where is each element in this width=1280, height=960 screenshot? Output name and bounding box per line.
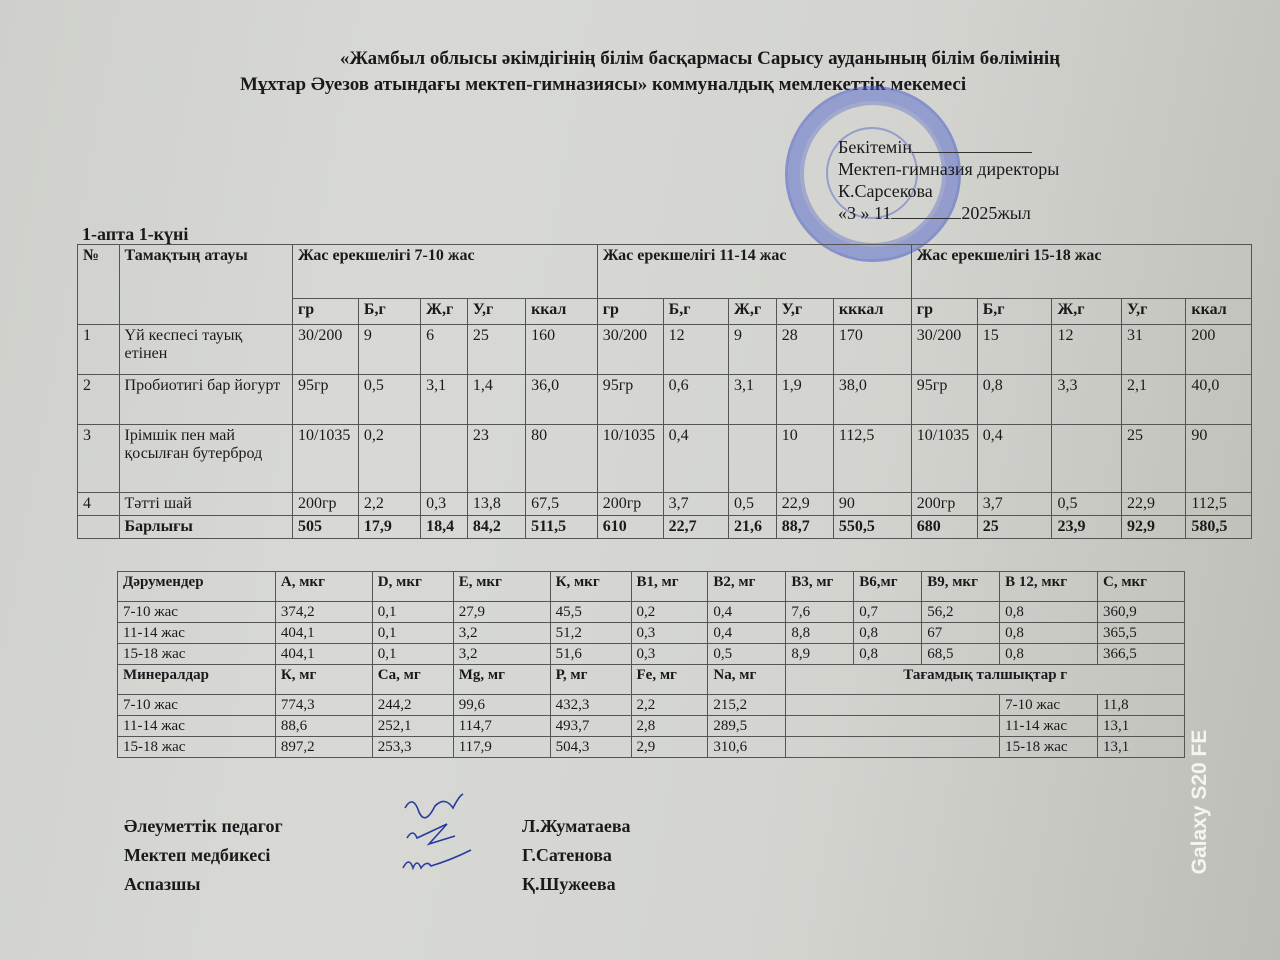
mineral-cell: 2,2 — [631, 695, 708, 716]
value-cell: 31 — [1122, 325, 1186, 375]
vitamin-cell: 3,2 — [453, 623, 550, 644]
value-cell: 3,1 — [729, 375, 777, 425]
header-line-1: «Жамбыл облысы әкімдігінің білім басқарм… — [230, 46, 1130, 72]
row-number: 1 — [78, 325, 120, 375]
vitamin-row: 7-10 жас374,20,127,945,50,20,47,60,756,2… — [118, 602, 1185, 623]
vitamin-cell: 51,6 — [550, 644, 631, 665]
value-cell: 1,9 — [776, 375, 833, 425]
vitamin-row: 15-18 жас404,10,13,251,60,30,58,90,868,5… — [118, 644, 1185, 665]
fiber-header: Тағамдық талшықтар г — [786, 665, 1185, 695]
value-cell: 28 — [776, 325, 833, 375]
mineral-cell: 11-14 жас — [118, 716, 276, 737]
col-subheader: ккал — [526, 299, 598, 325]
value-cell: 12 — [1052, 325, 1122, 375]
mineral-cell: 289,5 — [708, 716, 786, 737]
value-cell: 30/200 — [911, 325, 977, 375]
mineral-cell: 2,9 — [631, 737, 708, 758]
approval-position: Мектеп-гимназия директоры — [838, 158, 1059, 180]
vitamin-header: D, мкг — [372, 572, 453, 602]
value-cell: 200гр — [911, 493, 977, 516]
mineral-cell: 252,1 — [372, 716, 453, 737]
value-cell: 1,4 — [467, 375, 525, 425]
vitamin-header: Е, мкг — [453, 572, 550, 602]
vitamin-cell: 360,9 — [1097, 602, 1184, 623]
mineral-cell: 114,7 — [453, 716, 550, 737]
vitamin-cell: 7,6 — [786, 602, 854, 623]
value-cell: 2,1 — [1122, 375, 1186, 425]
fiber-age: 15-18 жас — [1000, 737, 1098, 758]
vitamin-row: 11-14 жас404,10,13,251,20,30,48,80,8670,… — [118, 623, 1185, 644]
value-cell: 23 — [467, 425, 525, 493]
vitamin-cell: 0,8 — [1000, 644, 1098, 665]
value-cell: 25 — [1122, 425, 1186, 493]
value-cell: 95гр — [292, 375, 358, 425]
total-value: 17,9 — [358, 516, 420, 539]
mineral-header: Са, мг — [372, 665, 453, 695]
mineral-cell: 7-10 жас — [118, 695, 276, 716]
signature-row: Мектеп медбикесіГ.Сатенова — [124, 841, 664, 870]
value-cell: 200гр — [597, 493, 663, 516]
total-value: 21,6 — [729, 516, 777, 539]
value-cell: 0,2 — [358, 425, 420, 493]
mineral-cell: 88,6 — [275, 716, 372, 737]
mineral-header: Fe, мг — [631, 665, 708, 695]
approval-date: «3 » 11 — [838, 203, 891, 223]
vitamin-cell: 11-14 жас — [118, 623, 276, 644]
value-cell: 3,3 — [1052, 375, 1122, 425]
mineral-row: 15-18 жас897,2253,3117,9504,32,9310,615-… — [118, 737, 1185, 758]
vitamin-cell: 7-10 жас — [118, 602, 276, 623]
vitamin-cell: 0,8 — [854, 644, 922, 665]
vitamin-header: А, мкг — [275, 572, 372, 602]
total-label: Барлығы — [119, 516, 292, 539]
value-cell: 9 — [729, 325, 777, 375]
value-cell: 95гр — [911, 375, 977, 425]
age-group-header: Жас ерекшелігі 11-14 жас — [597, 245, 911, 299]
vitamin-header: С, мкг — [1097, 572, 1184, 602]
empty-cell — [78, 516, 120, 539]
value-cell: 90 — [1186, 425, 1252, 493]
mineral-cell: 215,2 — [708, 695, 786, 716]
col-subheader: Б,г — [358, 299, 420, 325]
col-subheader: У,г — [776, 299, 833, 325]
header-line-2: Мұхтар Әуезов атындағы мектеп-гимназиясы… — [230, 72, 1130, 98]
approval-block: Бекітемін Мектеп-гимназия директоры К.Са… — [838, 136, 1059, 224]
col-subheader: Б,г — [663, 299, 728, 325]
value-cell: 3,7 — [663, 493, 728, 516]
approval-label: Бекітемін — [838, 137, 912, 157]
vitamin-header: В2, мг — [708, 572, 786, 602]
total-value: 580,5 — [1186, 516, 1252, 539]
col-subheader: ккал — [1186, 299, 1252, 325]
mineral-cell: 244,2 — [372, 695, 453, 716]
vitamin-cell: 374,2 — [275, 602, 372, 623]
vitamin-cell: 51,2 — [550, 623, 631, 644]
mineral-cell: 2,8 — [631, 716, 708, 737]
signer-role: Әлеуметтік педагог — [124, 812, 283, 841]
col-subheader: У,г — [1122, 299, 1186, 325]
mineral-row: 7-10 жас774,3244,299,6432,32,2215,27-10 … — [118, 695, 1185, 716]
value-cell: 112,5 — [833, 425, 911, 493]
dish-name: Пробиотигі бар йогурт — [119, 375, 292, 425]
value-cell: 10 — [776, 425, 833, 493]
value-cell: 67,5 — [526, 493, 598, 516]
document-header: «Жамбыл облысы әкімдігінің білім басқарм… — [230, 46, 1130, 98]
total-value: 505 — [292, 516, 358, 539]
director-signature-icon — [912, 138, 1032, 153]
table-row: 1Үй кеспесі тауық етінен30/200962516030/… — [78, 325, 1252, 375]
vitamin-header: В1, мг — [631, 572, 708, 602]
col-subheader: Ж,г — [1052, 299, 1122, 325]
value-cell: 90 — [833, 493, 911, 516]
value-cell: 0,4 — [977, 425, 1052, 493]
total-row: Барлығы50517,918,484,2511,561022,721,688… — [78, 516, 1252, 539]
vitamin-cell: 67 — [922, 623, 1000, 644]
vitamin-cell: 404,1 — [275, 644, 372, 665]
signature-row: Әлеуметтік педагогЛ.Жуматаева — [124, 812, 664, 841]
value-cell: 22,9 — [1122, 493, 1186, 516]
vitamin-cell: 8,8 — [786, 623, 854, 644]
total-value: 550,5 — [833, 516, 911, 539]
value-cell: 38,0 — [833, 375, 911, 425]
mineral-cell: 897,2 — [275, 737, 372, 758]
vitamin-cell: 68,5 — [922, 644, 1000, 665]
mineral-cell: 15-18 жас — [118, 737, 276, 758]
value-cell: 3,7 — [977, 493, 1052, 516]
col-subheader: гр — [597, 299, 663, 325]
col-header-dish: Тамақтың атауы — [119, 245, 292, 325]
col-subheader: Ж,г — [729, 299, 777, 325]
vitamin-header: В 12, мкг — [1000, 572, 1098, 602]
total-value: 84,2 — [467, 516, 525, 539]
signature-row: АспазшыҚ.Шужеева — [124, 870, 664, 899]
value-cell: 40,0 — [1186, 375, 1252, 425]
dish-name: Ірімшік пен май қосылған бутерброд — [119, 425, 292, 493]
approval-year: 2025жыл — [961, 203, 1031, 223]
value-cell: 0,3 — [421, 493, 468, 516]
vitamins-minerals-table: ДәрумендерА, мкгD, мкгЕ, мкгК, мкгВ1, мг… — [117, 571, 1185, 758]
value-cell: 200 — [1186, 325, 1252, 375]
value-cell: 10/1035 — [911, 425, 977, 493]
mineral-header: К, мг — [275, 665, 372, 695]
value-cell: 0,8 — [977, 375, 1052, 425]
vitamin-cell: 8,9 — [786, 644, 854, 665]
vitamin-cell: 0,7 — [854, 602, 922, 623]
value-cell: 15 — [977, 325, 1052, 375]
value-cell: 25 — [467, 325, 525, 375]
value-cell: 30/200 — [292, 325, 358, 375]
table-row: 2Пробиотигі бар йогурт95гр0,53,11,436,09… — [78, 375, 1252, 425]
col-header-number: № — [78, 245, 120, 325]
signer-name: Г.Сатенова — [522, 841, 612, 870]
col-subheader: кккал — [833, 299, 911, 325]
value-cell: 0,6 — [663, 375, 728, 425]
vitamin-cell: 0,1 — [372, 602, 453, 623]
total-value: 25 — [977, 516, 1052, 539]
mineral-cell: 253,3 — [372, 737, 453, 758]
approval-name: К.Сарсекова — [838, 180, 1059, 202]
total-value: 680 — [911, 516, 977, 539]
value-cell: 0,5 — [358, 375, 420, 425]
mineral-cell: 432,3 — [550, 695, 631, 716]
vitamin-cell: 366,5 — [1097, 644, 1184, 665]
mineral-header: Минералдар — [118, 665, 276, 695]
col-subheader: Б,г — [977, 299, 1052, 325]
vitamin-cell: 27,9 — [453, 602, 550, 623]
vitamin-cell: 0,2 — [631, 602, 708, 623]
value-cell: 10/1035 — [597, 425, 663, 493]
mineral-header: Mg, мг — [453, 665, 550, 695]
week-day-label: 1-апта 1-күні — [82, 224, 188, 245]
vitamin-cell: 0,1 — [372, 623, 453, 644]
fiber-age: 7-10 жас — [1000, 695, 1098, 716]
fiber-age: 11-14 жас — [1000, 716, 1098, 737]
mineral-cell: 117,9 — [453, 737, 550, 758]
total-value: 18,4 — [421, 516, 468, 539]
vitamin-cell: 365,5 — [1097, 623, 1184, 644]
vitamin-cell: 0,4 — [708, 623, 786, 644]
total-value: 511,5 — [526, 516, 598, 539]
vitamin-cell: 0,4 — [708, 602, 786, 623]
value-cell: 36,0 — [526, 375, 598, 425]
value-cell: 80 — [526, 425, 598, 493]
fiber-value: 11,8 — [1097, 695, 1184, 716]
value-cell: 9 — [358, 325, 420, 375]
signer-name: Қ.Шужеева — [522, 870, 616, 899]
value-cell: 22,9 — [776, 493, 833, 516]
fiber-value: 13,1 — [1097, 737, 1184, 758]
vitamin-header: В9, мкг — [922, 572, 1000, 602]
vitamin-header: В6,мг — [854, 572, 922, 602]
signer-role: Мектеп медбикесі — [124, 841, 270, 870]
empty-cell — [786, 737, 1000, 758]
vitamin-header: Дәрумендер — [118, 572, 276, 602]
value-cell: 30/200 — [597, 325, 663, 375]
dish-name: Тәтті шай — [119, 493, 292, 516]
col-subheader: Ж,г — [421, 299, 468, 325]
camera-watermark: Galaxy S20 FE — [1180, 720, 1220, 900]
mineral-cell: 493,7 — [550, 716, 631, 737]
total-value: 22,7 — [663, 516, 728, 539]
value-cell: 0,4 — [663, 425, 728, 493]
row-number: 3 — [78, 425, 120, 493]
value-cell: 10/1035 — [292, 425, 358, 493]
total-value: 92,9 — [1122, 516, 1186, 539]
menu-table: № Тамақтың атауы Жас ерекшелігі 7-10 жас… — [77, 244, 1252, 539]
col-subheader: гр — [911, 299, 977, 325]
value-cell: 95гр — [597, 375, 663, 425]
fiber-value: 13,1 — [1097, 716, 1184, 737]
signer-name: Л.Жуматаева — [522, 812, 631, 841]
signer-role: Аспазшы — [124, 870, 200, 899]
signatures-block: Әлеуметтік педагогЛ.ЖуматаеваМектеп медб… — [124, 812, 664, 899]
value-cell: 6 — [421, 325, 468, 375]
mineral-row: 11-14 жас88,6252,1114,7493,72,8289,511-1… — [118, 716, 1185, 737]
age-group-header: Жас ерекшелігі 7-10 жас — [292, 245, 597, 299]
age-group-header: Жас ерекшелігі 15-18 жас — [911, 245, 1251, 299]
vitamin-cell: 0,8 — [1000, 602, 1098, 623]
vitamin-cell: 0,3 — [631, 644, 708, 665]
value-cell: 0,5 — [1052, 493, 1122, 516]
mineral-cell: 504,3 — [550, 737, 631, 758]
value-cell: 160 — [526, 325, 598, 375]
empty-cell — [786, 695, 1000, 716]
value-cell: 3,1 — [421, 375, 468, 425]
vitamin-cell: 56,2 — [922, 602, 1000, 623]
value-cell: 200гр — [292, 493, 358, 516]
value-cell: 0,5 — [729, 493, 777, 516]
value-cell — [729, 425, 777, 493]
vitamin-header: В3, мг — [786, 572, 854, 602]
col-subheader: гр — [292, 299, 358, 325]
row-number: 2 — [78, 375, 120, 425]
total-value: 610 — [597, 516, 663, 539]
vitamin-header: К, мкг — [550, 572, 631, 602]
vitamin-cell: 404,1 — [275, 623, 372, 644]
empty-cell — [786, 716, 1000, 737]
table-row: 3Ірімшік пен май қосылған бутерброд10/10… — [78, 425, 1252, 493]
col-subheader: У,г — [467, 299, 525, 325]
vitamin-cell: 0,3 — [631, 623, 708, 644]
value-cell: 12 — [663, 325, 728, 375]
vitamin-cell: 3,2 — [453, 644, 550, 665]
mineral-cell: 310,6 — [708, 737, 786, 758]
total-value: 23,9 — [1052, 516, 1122, 539]
table-row: 4Тәтті шай200гр2,20,313,867,5200гр3,70,5… — [78, 493, 1252, 516]
mineral-cell: 99,6 — [453, 695, 550, 716]
vitamin-cell: 15-18 жас — [118, 644, 276, 665]
vitamin-cell: 45,5 — [550, 602, 631, 623]
total-value: 88,7 — [776, 516, 833, 539]
vitamin-cell: 0,8 — [854, 623, 922, 644]
value-cell: 13,8 — [467, 493, 525, 516]
mineral-cell: 774,3 — [275, 695, 372, 716]
vitamin-cell: 0,8 — [1000, 623, 1098, 644]
value-cell: 2,2 — [358, 493, 420, 516]
value-cell: 112,5 — [1186, 493, 1252, 516]
value-cell — [1052, 425, 1122, 493]
vitamin-cell: 0,1 — [372, 644, 453, 665]
mineral-header: Na, мг — [708, 665, 786, 695]
vitamin-cell: 0,5 — [708, 644, 786, 665]
dish-name: Үй кеспесі тауық етінен — [119, 325, 292, 375]
row-number: 4 — [78, 493, 120, 516]
value-cell: 170 — [833, 325, 911, 375]
mineral-header: Р, мг — [550, 665, 631, 695]
value-cell — [421, 425, 468, 493]
